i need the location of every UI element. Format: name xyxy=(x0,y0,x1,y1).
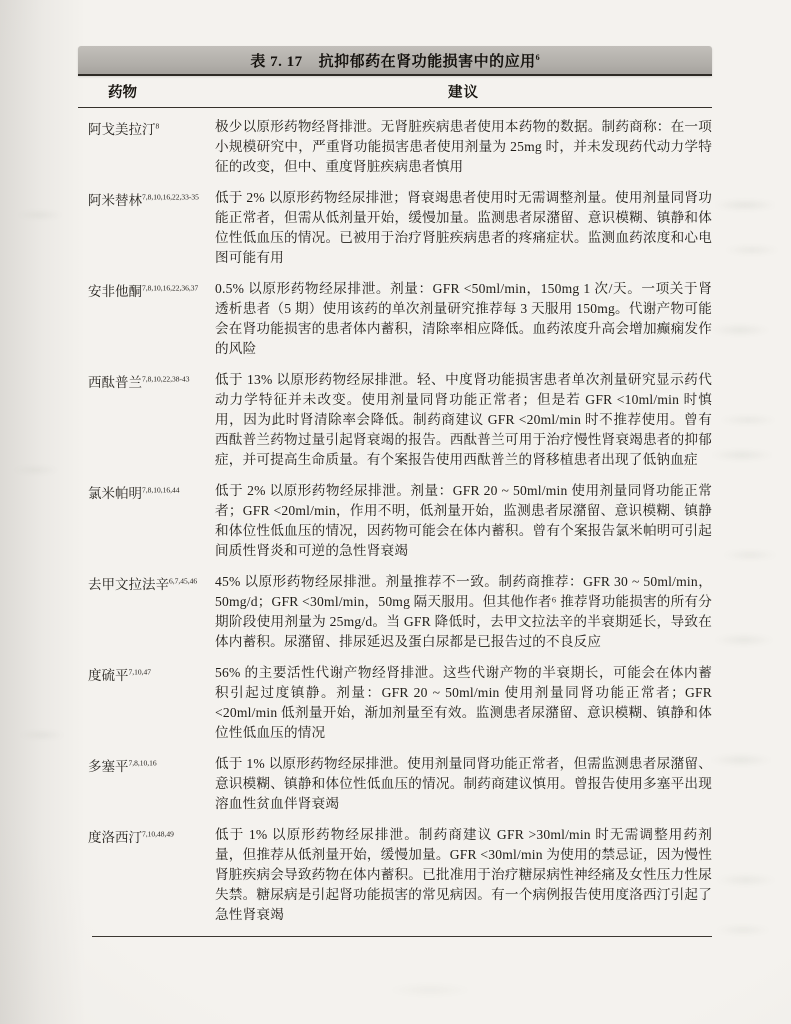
drug-label: 多塞平 xyxy=(88,759,129,774)
table-number: 表 7. 17 xyxy=(250,50,302,71)
scanned-book-page: 表 7. 17 抗抑郁药在肾功能损害中的应用6 药物 建议 阿戈美拉汀8 极少以… xyxy=(0,0,791,1024)
drug-label: 度硫平 xyxy=(88,668,129,683)
drug-name-cell: 西酞普兰7,8,10,22,38-43 xyxy=(78,370,215,470)
drug-name-cell: 阿米替林7,8,10,16,22,33-35 xyxy=(78,188,215,268)
drug-advice-cell: 低于 2% 以原形药物经尿排泄。剂量：GFR 20 ~ 50ml/min 使用剂… xyxy=(215,481,712,561)
table-row: 去甲文拉法辛6,7,45,46 45% 以原形药物经尿排泄。剂量推荐不一致。制药… xyxy=(78,572,712,652)
table-title-band: 表 7. 17 抗抑郁药在肾功能损害中的应用6 xyxy=(78,46,712,76)
drug-name-cell: 阿戈美拉汀8 xyxy=(78,117,215,177)
drug-advice-cell: 低于 13% 以原形药物经尿排泄。轻、中度肾功能损害患者单次剂量研究显示药代动力… xyxy=(215,370,712,470)
table-content: 表 7. 17 抗抑郁药在肾功能损害中的应用6 药物 建议 阿戈美拉汀8 极少以… xyxy=(78,46,712,937)
drug-name-cell: 去甲文拉法辛6,7,45,46 xyxy=(78,572,215,652)
drug-refs: 7,8,10,16,44 xyxy=(142,486,180,495)
drug-refs: 7,8,10,22,38-43 xyxy=(142,375,190,384)
table-title-ref: 6 xyxy=(536,53,540,62)
drug-label: 阿戈美拉汀 xyxy=(88,122,156,137)
drug-advice-cell: 56% 的主要活性代谢产物经肾排泄。这些代谢产物的半衰期长，可能会在体内蓄积引起… xyxy=(215,663,712,743)
drug-name-cell: 多塞平7,8,10,16 xyxy=(78,754,215,814)
drug-name-cell: 氯米帕明7,8,10,16,44 xyxy=(78,481,215,561)
drug-refs: 6,7,45,46 xyxy=(169,577,197,586)
drug-advice-cell: 0.5% 以原形药物经尿排泄。剂量：GFR <50ml/min，150mg 1 … xyxy=(215,279,712,359)
table-bottom-rule xyxy=(92,936,712,937)
drug-label: 氯米帕明 xyxy=(88,486,142,501)
table-row: 度洛西汀7,10,48,49 低于 1% 以原形药物经尿排泄。制药商建议 GFR… xyxy=(78,825,712,925)
drug-advice-cell: 45% 以原形药物经尿排泄。剂量推荐不一致。制药商推荐：GFR 30 ~ 50m… xyxy=(215,572,712,652)
drug-name-cell: 度硫平7,10,47 xyxy=(78,663,215,743)
drug-advice-cell: 极少以原形药物经肾排泄。无肾脏疾病患者使用本药物的数据。制药商称：在一项小规模研… xyxy=(215,117,712,177)
table-body: 阿戈美拉汀8 极少以原形药物经肾排泄。无肾脏疾病患者使用本药物的数据。制药商称：… xyxy=(78,108,712,925)
table-row: 度硫平7,10,47 56% 的主要活性代谢产物经肾排泄。这些代谢产物的半衰期长… xyxy=(78,663,712,743)
column-header-advice: 建议 xyxy=(215,81,712,102)
table-header-row: 药物 建议 xyxy=(78,76,712,108)
table-row: 氯米帕明7,8,10,16,44 低于 2% 以原形药物经尿排泄。剂量：GFR … xyxy=(78,481,712,561)
table-row: 阿戈美拉汀8 极少以原形药物经肾排泄。无肾脏疾病患者使用本药物的数据。制药商称：… xyxy=(78,117,712,177)
drug-refs: 7,10,47 xyxy=(129,668,152,677)
drug-name-cell: 安非他酮7,8,10,16,22,36,37 xyxy=(78,279,215,359)
drug-name-cell: 度洛西汀7,10,48,49 xyxy=(78,825,215,925)
table-title-text: 抗抑郁药在肾功能损害中的应用 xyxy=(319,54,536,70)
drug-advice-cell: 低于 1% 以原形药物经尿排泄。使用剂量同肾功能正常者，但需监测患者尿潴留、意识… xyxy=(215,754,712,814)
drug-label: 西酞普兰 xyxy=(88,375,142,390)
drug-label: 安非他酮 xyxy=(88,284,142,299)
drug-advice-cell: 低于 1% 以原形药物经尿排泄。制药商建议 GFR >30ml/min 时无需调… xyxy=(215,825,712,925)
drug-label: 去甲文拉法辛 xyxy=(88,577,169,592)
table-title: 抗抑郁药在肾功能损害中的应用6 xyxy=(319,50,540,71)
column-header-drug: 药物 xyxy=(78,81,215,102)
drug-advice-cell: 低于 2% 以原形药物经尿排泄；肾衰竭患者使用时无需调整剂量。使用剂量同肾功能正… xyxy=(215,188,712,268)
drug-refs: 7,8,10,16 xyxy=(129,759,157,768)
table-row: 多塞平7,8,10,16 低于 1% 以原形药物经尿排泄。使用剂量同肾功能正常者… xyxy=(78,754,712,814)
table-row: 阿米替林7,8,10,16,22,33-35 低于 2% 以原形药物经尿排泄；肾… xyxy=(78,188,712,268)
table-row: 安非他酮7,8,10,16,22,36,37 0.5% 以原形药物经尿排泄。剂量… xyxy=(78,279,712,359)
drug-refs: 8 xyxy=(156,122,160,131)
table-row: 西酞普兰7,8,10,22,38-43 低于 13% 以原形药物经尿排泄。轻、中… xyxy=(78,370,712,470)
drug-label: 阿米替林 xyxy=(88,193,142,208)
drug-refs: 7,8,10,16,22,36,37 xyxy=(142,284,198,293)
drug-label: 度洛西汀 xyxy=(88,830,142,845)
drug-refs: 7,8,10,16,22,33-35 xyxy=(142,193,199,202)
drug-refs: 7,10,48,49 xyxy=(142,830,174,839)
